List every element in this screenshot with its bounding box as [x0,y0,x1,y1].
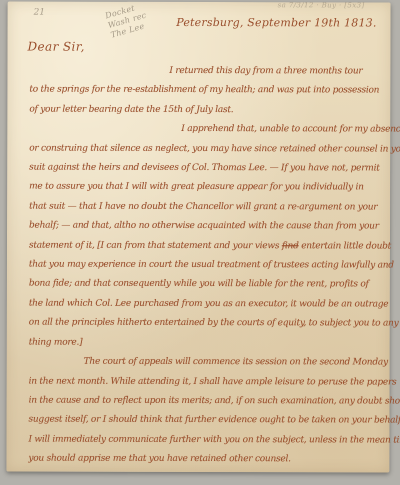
letter-line: you should apprise me that you have reta… [28,450,380,470]
letter-line: or construing that silence as neglect, y… [29,139,381,159]
letter-line: The court of appeals will commence its s… [29,353,381,373]
pencil-page-number: 21 [34,8,45,18]
pencil-docket-note: Docket Wash rec The Lee [104,1,150,41]
letter-line: me to assure you that I will with great … [29,178,381,198]
struck-word: find [282,241,299,251]
dateline: Petersburg, September 19th 1813. [176,16,376,30]
pencil-dealer-note: sa 7/3/12 · Buy · [5x3] [278,1,365,9]
letter-line: that suit — that I have no doubt the Cha… [29,197,381,217]
paper: 21 Docket Wash rec The Lee sa 7/3/12 · B… [6,1,390,472]
letter-line: bona fide; and that consequently while y… [29,275,381,295]
letter-line: to the springs for the re-establishment … [29,81,381,101]
letter-line: I will immediately communicate further w… [28,430,380,450]
letter-line: in the next month. While attending it, I… [29,372,381,392]
letter-scan: 21 Docket Wash rec The Lee sa 7/3/12 · B… [0,0,400,485]
salutation: Dear Sir, [27,40,84,54]
letter-line: on all the principles hitherto entertain… [29,314,381,334]
letter-line: suit against the heirs and devisees of C… [29,159,381,179]
letter-line: the land which Col. Lee purchased from y… [29,294,381,314]
letter-line: of your letter bearing date the 15th of … [29,100,381,120]
letter-line: suggest itself, or I should think that f… [28,411,380,431]
letter-body: I returned this day from a three months … [28,62,381,470]
letter-line: I apprehend that, unable to account for … [29,120,381,140]
letter-line: in the cause and to reflect upon its mer… [29,391,381,411]
letter-line: thing more.] [29,333,381,353]
letter-line: that you may experience in court the usu… [29,256,381,276]
letter-line: I returned this day from a three months … [29,62,381,82]
letter-line: behalf; — and that, altho no otherwise a… [29,217,381,237]
letter-line: statement of it, [I can from that statem… [29,236,381,256]
